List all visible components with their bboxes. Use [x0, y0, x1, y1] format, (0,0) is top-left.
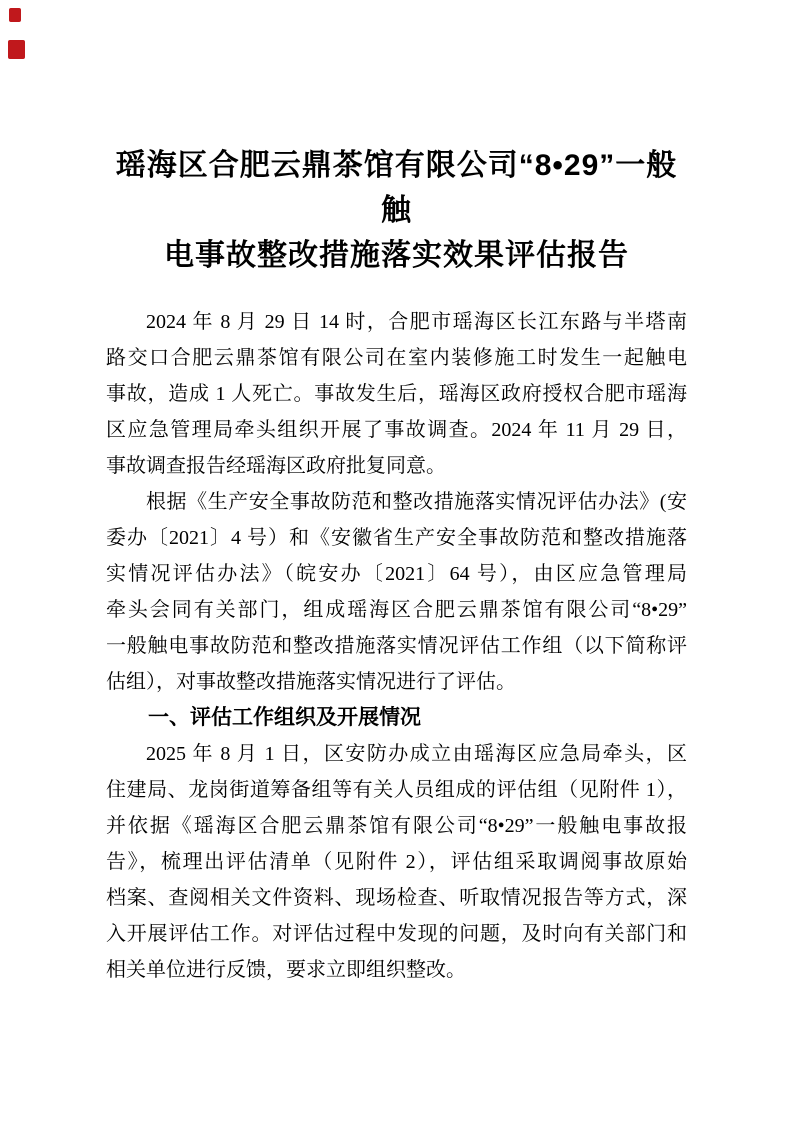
paragraph-line: 住建局、龙岗街道筹备组等有关人员组成的评估组（见附件 1），	[106, 772, 687, 808]
document-page: 瑶海区合肥云鼎茶馆有限公司“8•29”一般触 电事故整改措施落实效果评估报告 2…	[0, 0, 793, 1122]
paragraph-line: 2025 年 8 月 1 日，区安防办成立由瑶海区应急局牵头，区	[106, 736, 687, 772]
paragraph-line: 告》，梳理出评估清单（见附件 2），评估组采取调阅事故原始	[106, 844, 687, 880]
paragraph: 2025 年 8 月 1 日，区安防办成立由瑶海区应急局牵头，区住建局、龙岗街道…	[106, 736, 687, 988]
document-title-line: 瑶海区合肥云鼎茶馆有限公司“8•29”一般触	[106, 143, 687, 233]
document-content: 瑶海区合肥云鼎茶馆有限公司“8•29”一般触 电事故整改措施落实效果评估报告 2…	[106, 143, 687, 988]
document-title-line: 电事故整改措施落实效果评估报告	[106, 233, 687, 278]
red-seal-mark	[8, 40, 25, 59]
paragraph-line: 事故，造成 1 人死亡。事故发生后，瑶海区政府授权合肥市瑶海	[106, 376, 687, 412]
paragraph-line: 估组），对事故整改措施落实情况进行了评估。	[106, 664, 687, 700]
document-title: 瑶海区合肥云鼎茶馆有限公司“8•29”一般触 电事故整改措施落实效果评估报告	[106, 143, 687, 278]
document-body: 2024 年 8 月 29 日 14 时，合肥市瑶海区长江东路与半塔南路交口合肥…	[106, 304, 687, 988]
red-seal-mark	[9, 8, 21, 22]
paragraph-line: 实情况评估办法》（皖安办〔2021〕64 号），由区应急管理局	[106, 556, 687, 592]
paragraph-line: 入开展评估工作。对评估过程中发现的问题，及时向有关部门和	[106, 916, 687, 952]
paragraph: 根据《生产安全事故防范和整改措施落实情况评估办法》(安委办〔2021〕4 号）和…	[106, 484, 687, 700]
paragraph-line: 牵头会同有关部门，组成瑶海区合肥云鼎茶馆有限公司“8•29”	[106, 592, 687, 628]
paragraph-line: 一般触电事故防范和整改措施落实情况评估工作组（以下简称评	[106, 628, 687, 664]
paragraph: 2024 年 8 月 29 日 14 时，合肥市瑶海区长江东路与半塔南路交口合肥…	[106, 304, 687, 484]
paragraph-line: 2024 年 8 月 29 日 14 时，合肥市瑶海区长江东路与半塔南	[106, 304, 687, 340]
paragraph-line: 事故调查报告经瑶海区政府批复同意。	[106, 448, 687, 484]
paragraph-line: 委办〔2021〕4 号）和《安徽省生产安全事故防范和整改措施落	[106, 520, 687, 556]
section-heading: 一、评估工作组织及开展情况	[106, 700, 687, 736]
paragraph-line: 根据《生产安全事故防范和整改措施落实情况评估办法》(安	[106, 484, 687, 520]
paragraph-line: 区应急管理局牵头组织开展了事故调查。2024 年 11 月 29 日，	[106, 412, 687, 448]
paragraph-line: 并依据《瑶海区合肥云鼎茶馆有限公司“8•29”一般触电事故报	[106, 808, 687, 844]
paragraph-line: 档案、查阅相关文件资料、现场检查、听取情况报告等方式，深	[106, 880, 687, 916]
paragraph-line: 相关单位进行反馈，要求立即组织整改。	[106, 952, 687, 988]
paragraph-line: 路交口合肥云鼎茶馆有限公司在室内装修施工时发生一起触电	[106, 340, 687, 376]
